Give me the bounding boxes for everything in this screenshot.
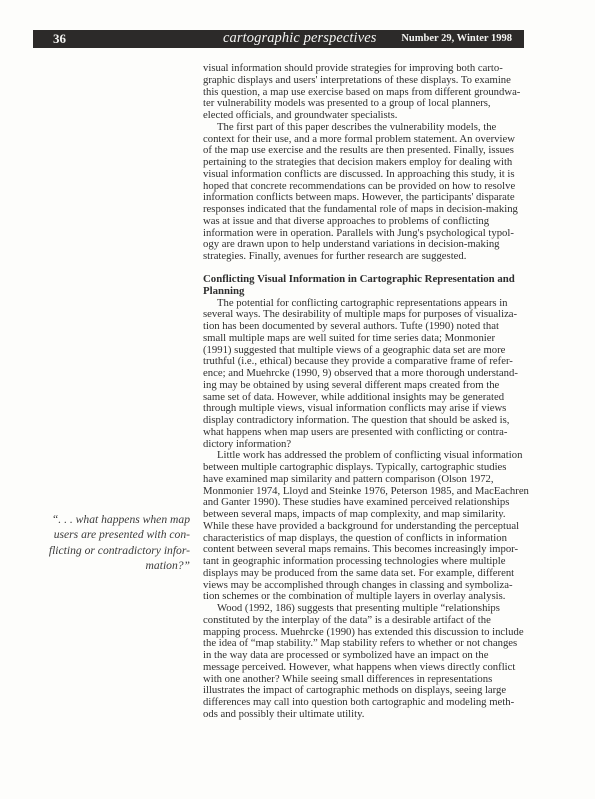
text-line: what happens when map users are presente… [203,427,525,439]
text-line: visual information should provide strate… [203,63,525,75]
text-line: constituted by the interplay of the data… [203,615,525,627]
text-line: strategies. Finally, avenues for further… [203,251,525,263]
paragraph-5: Wood (1992, 186) suggests that presentin… [203,603,525,721]
text-line: message perceived. However, what happens… [203,662,525,674]
pull-quote: “. . . what happens when map users are p… [46,512,190,573]
text-line: displays may be produced from the same d… [203,568,525,580]
text-line: visual information conflicts are discuss… [203,169,525,181]
page-number: 36 [53,31,66,47]
text-line: responses indicated that the fundamental… [203,204,525,216]
pull-quote-line: flicting or contradictory infor- [46,543,190,558]
journal-title: cartographic perspectives [223,30,377,47]
text-line: was at issue and that diverse approaches… [203,216,525,228]
heading-line: Conflicting Visual Information in Cartog… [203,274,525,286]
heading-line: Planning [203,286,525,298]
paragraph-2: The first part of this paper describes t… [203,122,525,263]
text-line: While these have provided a background f… [203,521,525,533]
paragraph-4: Little work has addressed the problem of… [203,450,525,603]
text-line: elected officials, and groundwater speci… [203,110,525,122]
text-line: ods and possibly their ultimate utility. [203,709,525,721]
paragraph-3: The potential for conflicting cartograph… [203,298,525,451]
pull-quote-line: users are presented with con- [46,527,190,542]
paragraph-1: visual information should provide strate… [203,63,525,122]
running-header: 36 cartographic perspectives Number 29, … [33,30,524,48]
text-line: The first part of this paper describes t… [203,122,525,134]
text-line: small multiple maps are well suited for … [203,333,525,345]
section-heading: Conflicting Visual Information in Cartog… [203,274,525,298]
text-line: pertaining to the strategies that decisi… [203,157,525,169]
text-line: ing may be obtained by using several dif… [203,380,525,392]
issue-info: Number 29, Winter 1998 [401,33,512,44]
text-line: graphic displays and users' interpretati… [203,75,525,87]
body-column: visual information should provide strate… [203,63,525,721]
pull-quote-line: “. . . what happens when map [46,512,190,527]
text-line: have examined map similarity and pattern… [203,474,525,486]
pull-quote-line: mation?” [46,558,190,573]
